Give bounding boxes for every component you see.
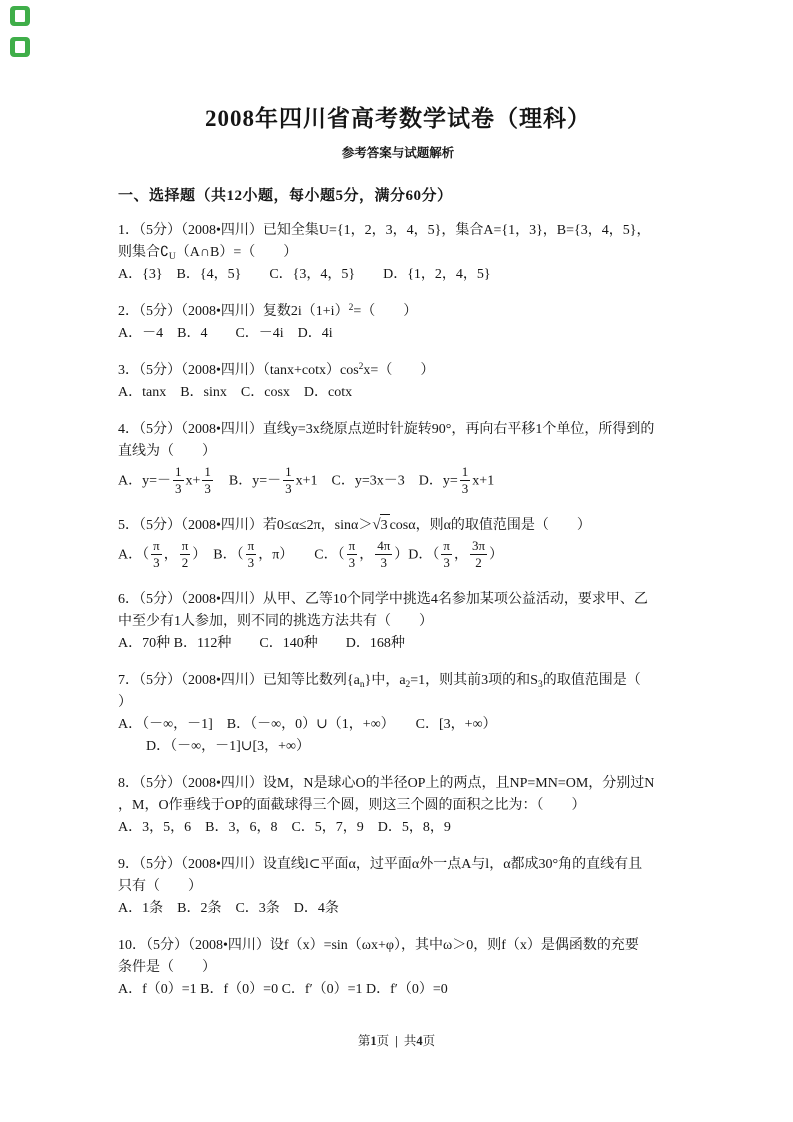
question-line: 5．（5分）（2008•四川）若0≤α≤2π，sinα＞√3cosα，则α的取值… bbox=[118, 514, 678, 537]
fraction: π3 bbox=[347, 539, 358, 569]
question-line: A．1条 B．2条 C．3条 D．4条 bbox=[118, 898, 678, 920]
text-run: 的取值范围是（ bbox=[543, 673, 641, 688]
radicand: 3 bbox=[380, 514, 390, 537]
text-run: ， bbox=[359, 548, 373, 563]
question-line: A．（π3，π2） B．（π3，π） C．（π3，4π3）D．（π3，3π2） bbox=[118, 537, 678, 573]
question-8: 8．（5分）（2008•四川）设M，N是球心O的半径OP上的两点，且NP=MN=… bbox=[118, 773, 678, 839]
question-line: A．－4 B．4 C．－4i D．4i bbox=[118, 323, 678, 345]
fraction-numerator: 1 bbox=[173, 465, 184, 480]
question-line: 只有（ ） bbox=[118, 876, 678, 898]
text-run: =（ ） bbox=[353, 304, 417, 319]
question-10: 10．（5分）（2008•四川）设f（x）=sin（ωx+φ），其中ω＞0，则f… bbox=[118, 935, 678, 1001]
text-run: ， bbox=[454, 548, 468, 563]
question-line: 9．（5分）（2008•四川）设直线l⊂平面α，过平面α外一点A与l，α都成30… bbox=[118, 854, 678, 876]
page-footer: 第1页|共4页 bbox=[0, 1031, 793, 1049]
exam-title: 2008年四川省高考数学试卷（理科） bbox=[118, 0, 678, 133]
page-content: 2008年四川省高考数学试卷（理科） 参考答案与试题解析 一、选择题（共12小题… bbox=[0, 0, 793, 1001]
question-line: 直线为（ ） bbox=[118, 441, 678, 463]
question-line: 2．（5分）（2008•四川）复数2i（1+i）2=（ ） bbox=[118, 301, 678, 323]
text-run: 中至少有1人参加，则不同的挑选方法共有（ ） bbox=[118, 614, 433, 629]
footer-total-prefix: 共 bbox=[404, 1034, 417, 1048]
text-run: ）D．（ bbox=[394, 548, 439, 563]
footer-page-suffix: 页 bbox=[377, 1034, 390, 1048]
text-run: 3．（5分）（2008•四川）（tanx+cotx）cos bbox=[118, 363, 359, 378]
green-document-icon-bottom[interactable] bbox=[10, 37, 30, 57]
text-run: A．tanx B．sinx C．cosx D．cotx bbox=[118, 385, 352, 400]
fraction-numerator: π bbox=[347, 539, 358, 554]
text-run: A．（ bbox=[118, 548, 149, 563]
question-line: A．tanx B．sinx C．cosx D．cotx bbox=[118, 382, 678, 404]
fraction: π3 bbox=[441, 539, 452, 569]
fraction-denominator: 2 bbox=[180, 554, 191, 570]
fraction-denominator: 3 bbox=[246, 554, 257, 570]
fraction-numerator: 1 bbox=[460, 465, 471, 480]
text-run: ，π） C．（ bbox=[258, 548, 344, 563]
exam-document-page: 2008年四川省高考数学试卷（理科） 参考答案与试题解析 一、选择题（共12小题… bbox=[0, 0, 793, 1122]
question-7: 7．（5分）（2008•四川）已知等比数列{an}中，a2=1，则其前3项的和S… bbox=[118, 670, 678, 758]
fraction: π3 bbox=[151, 539, 162, 569]
question-line: 4．（5分）（2008•四川）直线y=3x绕原点逆时针旋转90°，再向右平移1个… bbox=[118, 419, 678, 441]
text-run: A．f（0）=1 B．f（0）=0 C．f′（0）=1 D．f′（0）=0 bbox=[118, 982, 448, 997]
fraction: 13 bbox=[460, 465, 471, 495]
fraction-denominator: 3 bbox=[151, 554, 162, 570]
fraction: 4π3 bbox=[375, 539, 392, 569]
text-run: 6．（5分）（2008•四川）从甲、乙等10个同学中挑选4名参加某项公益活动，要… bbox=[118, 592, 648, 607]
text-run: 1．（5分）（2008•四川）已知全集U={1，2，3，4，5}，集合A={1，… bbox=[118, 223, 650, 238]
exam-subtitle: 参考答案与试题解析 bbox=[118, 143, 678, 161]
text-run: ，M，O作垂线于OP的面截球得三个圆，则这三个圆的面积之比为：（ ） bbox=[118, 798, 585, 813]
text-run: A．{3} B．{4，5} C．{3，4，5} D．{1，2，4，5} bbox=[118, 267, 491, 282]
question-line: 8．（5分）（2008•四川）设M，N是球心O的半径OP上的两点，且NP=MN=… bbox=[118, 773, 678, 795]
footer-page-prefix: 第 bbox=[358, 1034, 371, 1048]
question-line: ） bbox=[118, 692, 678, 714]
text-run: 只有（ ） bbox=[118, 879, 202, 894]
text-run: A．－4 B．4 C．－4i D．4i bbox=[118, 326, 333, 341]
fraction-numerator: π bbox=[180, 539, 191, 554]
text-run: A．y=－ bbox=[118, 473, 171, 488]
fraction: 3π2 bbox=[470, 539, 487, 569]
footer-total-suffix: 页 bbox=[423, 1034, 436, 1048]
text-run: x+ bbox=[186, 473, 201, 488]
text-run: A．（－∞，－1] B．（－∞，0）∪（1，+∞） C．[3，+∞） bbox=[118, 717, 497, 732]
question-line: 1．（5分）（2008•四川）已知全集U={1，2，3，4，5}，集合A={1，… bbox=[118, 220, 678, 242]
text-run: 直线为（ ） bbox=[118, 444, 216, 459]
text-run: 条件是（ ） bbox=[118, 960, 216, 975]
text-run: （A∩B）=（ ） bbox=[176, 245, 297, 260]
text-run: x+1 C．y=3x－3 D．y= bbox=[296, 473, 458, 488]
document-icon bbox=[15, 41, 25, 53]
text-run: D．（－∞，－1]∪[3，+∞） bbox=[146, 739, 310, 754]
text-run: x=（ ） bbox=[363, 363, 434, 378]
fraction-numerator: π bbox=[441, 539, 452, 554]
text-run: x+1 bbox=[472, 473, 494, 488]
green-document-icon-top[interactable] bbox=[10, 6, 30, 26]
question-line: 则集合∁U（A∩B）=（ ） bbox=[118, 242, 678, 264]
section-heading: 一、选择题（共12小题，每小题5分，满分60分） bbox=[118, 184, 678, 205]
fraction-denominator: 3 bbox=[460, 480, 471, 496]
question-line: 条件是（ ） bbox=[118, 957, 678, 979]
text-run: cosα，则α的取值范围是（ ） bbox=[390, 518, 591, 533]
text-run: 10．（5分）（2008•四川）设f（x）=sin（ωx+φ），其中ω＞0，则f… bbox=[118, 938, 639, 953]
document-icon bbox=[15, 10, 25, 22]
fraction-numerator: π bbox=[246, 539, 257, 554]
text-run: B．y=－ bbox=[215, 473, 281, 488]
fraction: 13 bbox=[283, 465, 294, 495]
question-line: D．（－∞，－1]∪[3，+∞） bbox=[118, 736, 678, 758]
fraction-numerator: 4π bbox=[375, 539, 392, 554]
text-run: 5．（5分）（2008•四川）若0≤α≤2π，sinα＞ bbox=[118, 518, 372, 533]
fraction-denominator: 3 bbox=[347, 554, 358, 570]
fraction-numerator: 1 bbox=[202, 465, 213, 480]
text-run: =1，则其前3项的和S bbox=[410, 673, 538, 688]
fraction: 13 bbox=[202, 465, 213, 495]
question-line: A．y=－13x+13 B．y=－13x+1 C．y=3x－3 D．y=13x+… bbox=[118, 463, 678, 499]
question-line: A．70种 B．112种 C．140种 D．168种 bbox=[118, 633, 678, 655]
text-run: 4．（5分）（2008•四川）直线y=3x绕原点逆时针旋转90°，再向右平移1个… bbox=[118, 422, 654, 437]
question-5: 5．（5分）（2008•四川）若0≤α≤2π，sinα＞√3cosα，则α的取值… bbox=[118, 514, 678, 573]
question-line: ，M，O作垂线于OP的面截球得三个圆，则这三个圆的面积之比为：（ ） bbox=[118, 795, 678, 817]
question-2: 2．（5分）（2008•四川）复数2i（1+i）2=（ ）A．－4 B．4 C．… bbox=[118, 301, 678, 345]
question-4: 4．（5分）（2008•四川）直线y=3x绕原点逆时针旋转90°，再向右平移1个… bbox=[118, 419, 678, 499]
fraction-numerator: π bbox=[151, 539, 162, 554]
question-line: A．f（0）=1 B．f（0）=0 C．f′（0）=1 D．f′（0）=0 bbox=[118, 979, 678, 1001]
fraction-denominator: 3 bbox=[375, 554, 392, 570]
subscript: U bbox=[169, 252, 176, 262]
text-run: ， bbox=[164, 548, 178, 563]
question-line: 7．（5分）（2008•四川）已知等比数列{an}中，a2=1，则其前3项的和S… bbox=[118, 670, 678, 692]
text-run: A．1条 B．2条 C．3条 D．4条 bbox=[118, 901, 339, 916]
question-line: 6．（5分）（2008•四川）从甲、乙等10个同学中挑选4名参加某项公益活动，要… bbox=[118, 589, 678, 611]
text-run: 则集合∁ bbox=[118, 245, 169, 260]
text-run: ） bbox=[118, 695, 132, 710]
text-run: }中，a bbox=[365, 673, 406, 688]
text-run: 9．（5分）（2008•四川）设直线l⊂平面α，过平面α外一点A与l，α都成30… bbox=[118, 857, 642, 872]
text-run: ） bbox=[489, 548, 503, 563]
question-line: A．（－∞，－1] B．（－∞，0）∪（1，+∞） C．[3，+∞） bbox=[118, 714, 678, 736]
fraction-denominator: 3 bbox=[441, 554, 452, 570]
question-line: 10．（5分）（2008•四川）设f（x）=sin（ωx+φ），其中ω＞0，则f… bbox=[118, 935, 678, 957]
text-run: 8．（5分）（2008•四川）设M，N是球心O的半径OP上的两点，且NP=MN=… bbox=[118, 776, 654, 791]
fraction-denominator: 3 bbox=[173, 480, 184, 496]
fraction-denominator: 3 bbox=[283, 480, 294, 496]
footer-separator: | bbox=[395, 1034, 398, 1048]
fraction-numerator: 1 bbox=[283, 465, 294, 480]
question-9: 9．（5分）（2008•四川）设直线l⊂平面α，过平面α外一点A与l，α都成30… bbox=[118, 854, 678, 920]
fraction: 13 bbox=[173, 465, 184, 495]
question-line: A．{3} B．{4，5} C．{3，4，5} D．{1，2，4，5} bbox=[118, 264, 678, 286]
fraction: π2 bbox=[180, 539, 191, 569]
sqrt-radical: √3 bbox=[372, 518, 389, 533]
text-run: ） B．（ bbox=[192, 548, 243, 563]
question-3: 3．（5分）（2008•四川）（tanx+cotx）cos2x=（ ）A．tan… bbox=[118, 360, 678, 404]
question-line: 中至少有1人参加，则不同的挑选方法共有（ ） bbox=[118, 611, 678, 633]
fraction-numerator: 3π bbox=[470, 539, 487, 554]
fraction-denominator: 2 bbox=[470, 554, 487, 570]
question-1: 1．（5分）（2008•四川）已知全集U={1，2，3，4，5}，集合A={1，… bbox=[118, 220, 678, 286]
text-run: 7．（5分）（2008•四川）已知等比数列{a bbox=[118, 673, 360, 688]
fraction: π3 bbox=[246, 539, 257, 569]
question-6: 6．（5分）（2008•四川）从甲、乙等10个同学中挑选4名参加某项公益活动，要… bbox=[118, 589, 678, 655]
fraction-denominator: 3 bbox=[202, 480, 213, 496]
text-run: A．70种 B．112种 C．140种 D．168种 bbox=[118, 636, 405, 651]
text-run: A．3，5，6 B．3，6，8 C．5，7，9 D．5，8，9 bbox=[118, 820, 451, 835]
question-line: 3．（5分）（2008•四川）（tanx+cotx）cos2x=（ ） bbox=[118, 360, 678, 382]
question-line: A．3，5，6 B．3，6，8 C．5，7，9 D．5，8，9 bbox=[118, 817, 678, 839]
text-run: 2．（5分）（2008•四川）复数2i（1+i） bbox=[118, 304, 349, 319]
questions-list: 1．（5分）（2008•四川）已知全集U={1，2，3，4，5}，集合A={1，… bbox=[118, 220, 678, 1001]
